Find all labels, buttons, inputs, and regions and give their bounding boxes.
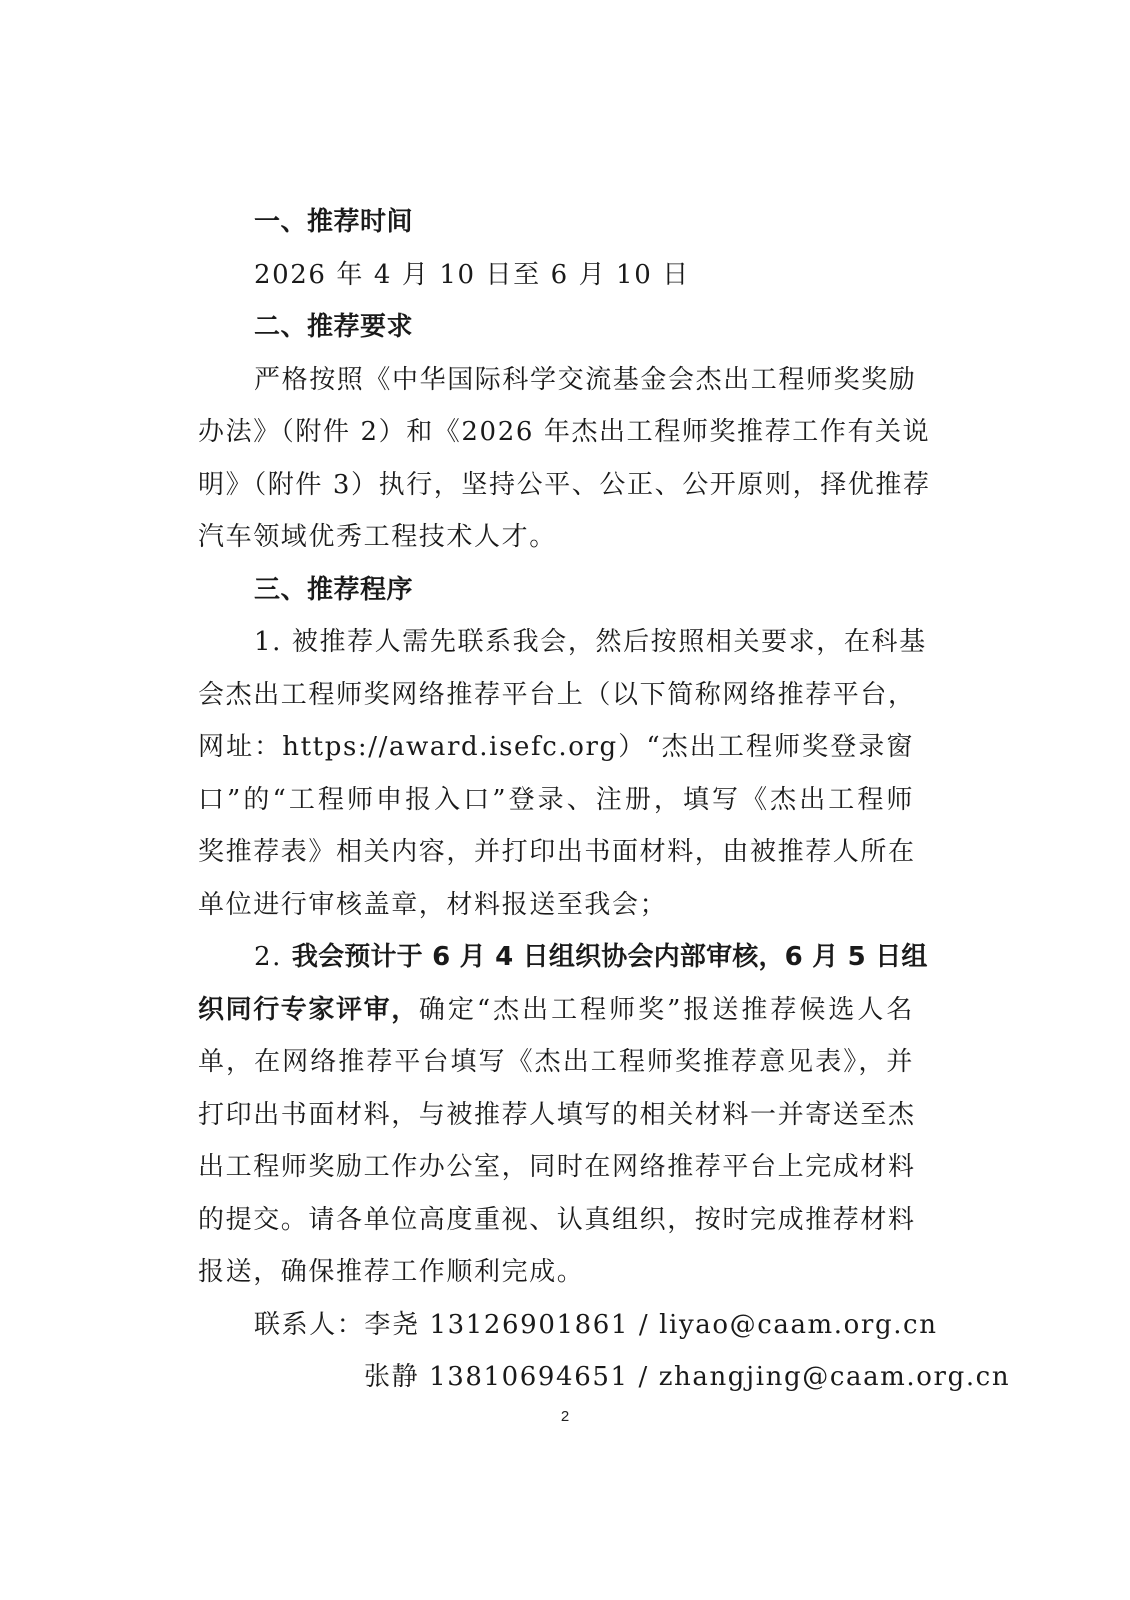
- paragraph-line: 单位进行审核盖章，材料报送至我会；: [198, 879, 914, 932]
- section-heading-recommendation-requirements: 二、推荐要求: [198, 301, 914, 354]
- requirements-paragraph: 严格按照《中华国际科学交流基金会杰出工程师奖奖励 办法》（附件 2）和《2026…: [198, 354, 914, 564]
- paragraph-line: 明》（附件 3）执行，坚持公平、公正、公开原则，择优推荐: [198, 459, 914, 512]
- contact-line-2: 张静 13810694651 / zhangjing@caam.org.cn: [198, 1351, 914, 1404]
- section-heading-recommendation-procedure: 三、推荐程序: [198, 564, 914, 617]
- recommendation-period: 2026 年 4 月 10 日至 6 月 10 日: [198, 249, 914, 302]
- document-body: 一、推荐时间 2026 年 4 月 10 日至 6 月 10 日 二、推荐要求 …: [198, 196, 914, 1404]
- paragraph-line: 奖推荐表》相关内容，并打印出书面材料，由被推荐人所在: [198, 826, 914, 879]
- paragraph-line: 汽车领域优秀工程技术人才。: [198, 511, 914, 564]
- section-heading-recommendation-time: 一、推荐时间: [198, 196, 914, 249]
- paragraph-line: 办法》（附件 2）和《2026 年杰出工程师奖推荐工作有关说: [198, 406, 914, 459]
- paragraph-line: 严格按照《中华国际科学交流基金会杰出工程师奖奖励: [198, 354, 914, 407]
- paragraph-line: 1. 被推荐人需先联系我会，然后按照相关要求，在科基: [198, 616, 914, 669]
- page-number: 2: [0, 1408, 1130, 1425]
- contact-line-1: 联系人：李尧 13126901861 / liyao@caam.org.cn: [198, 1299, 914, 1352]
- paragraph-line: 出工程师奖励工作办公室，同时在网络推荐平台上完成材料: [198, 1141, 914, 1194]
- paragraph-line: 2. 我会预计于 6 月 4 日组织协会内部审核，6 月 5 日组: [198, 931, 914, 984]
- paragraph-line: 口”的“工程师申报入口”登录、注册，填写《杰出工程师: [198, 774, 914, 827]
- paragraph-line: 织同行专家评审，确定“杰出工程师奖”报送推荐候选人名: [198, 984, 914, 1037]
- line-text: 确定“杰出工程师奖”报送推荐候选人名: [419, 995, 914, 1025]
- paragraph-line: 报送，确保推荐工作顺利完成。: [198, 1246, 914, 1299]
- procedure-step-1: 1. 被推荐人需先联系我会，然后按照相关要求，在科基 会杰出工程师奖网络推荐平台…: [198, 616, 914, 931]
- document-page: 一、推荐时间 2026 年 4 月 10 日至 6 月 10 日 二、推荐要求 …: [0, 0, 1130, 1600]
- paragraph-line: 的提交。请各单位高度重视、认真组织，按时完成推荐材料: [198, 1194, 914, 1247]
- procedure-step-2: 2. 我会预计于 6 月 4 日组织协会内部审核，6 月 5 日组 织同行专家评…: [198, 931, 914, 1299]
- bold-expert-review: 织同行专家评审，: [198, 995, 419, 1025]
- step-number: 2.: [254, 942, 292, 972]
- paragraph-line: 单，在网络推荐平台填写《杰出工程师奖推荐意见表》，并: [198, 1036, 914, 1089]
- paragraph-line-with-url: 网址：https://award.isefc.org）“杰出工程师奖登录窗: [198, 721, 914, 774]
- paragraph-line: 会杰出工程师奖网络推荐平台上（以下简称网络推荐平台，: [198, 669, 914, 722]
- bold-review-schedule: 我会预计于 6 月 4 日组织协会内部审核，6 月 5 日组: [292, 942, 928, 972]
- paragraph-line: 打印出书面材料，与被推荐人填写的相关材料一并寄送至杰: [198, 1089, 914, 1142]
